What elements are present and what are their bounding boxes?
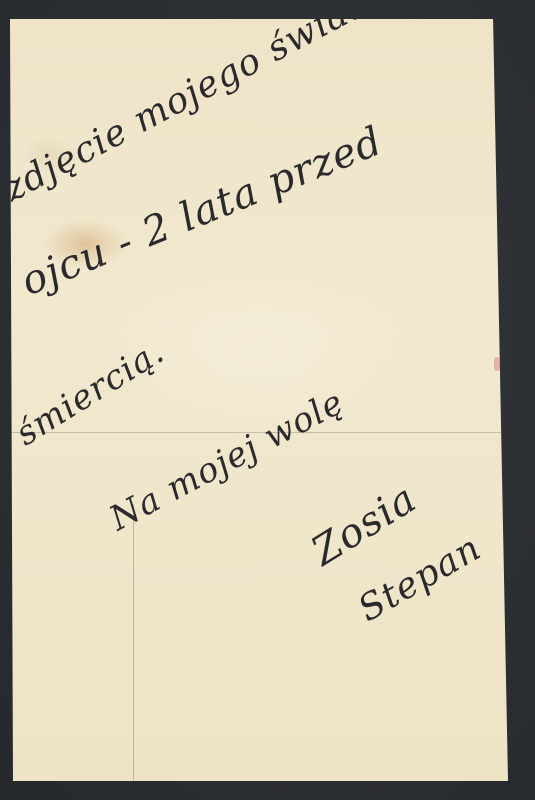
vertical-divider-line — [133, 504, 134, 781]
signature-first-name: Zosia — [304, 476, 425, 575]
pink-stain-mark — [494, 357, 500, 371]
handwritten-line-4: Na mojej wolę — [103, 382, 351, 539]
handwritten-line-3: śmiercią. — [9, 332, 172, 454]
postcard-paper: zdjęcie mojego świat ojcu - 2 lata przed… — [10, 19, 508, 781]
